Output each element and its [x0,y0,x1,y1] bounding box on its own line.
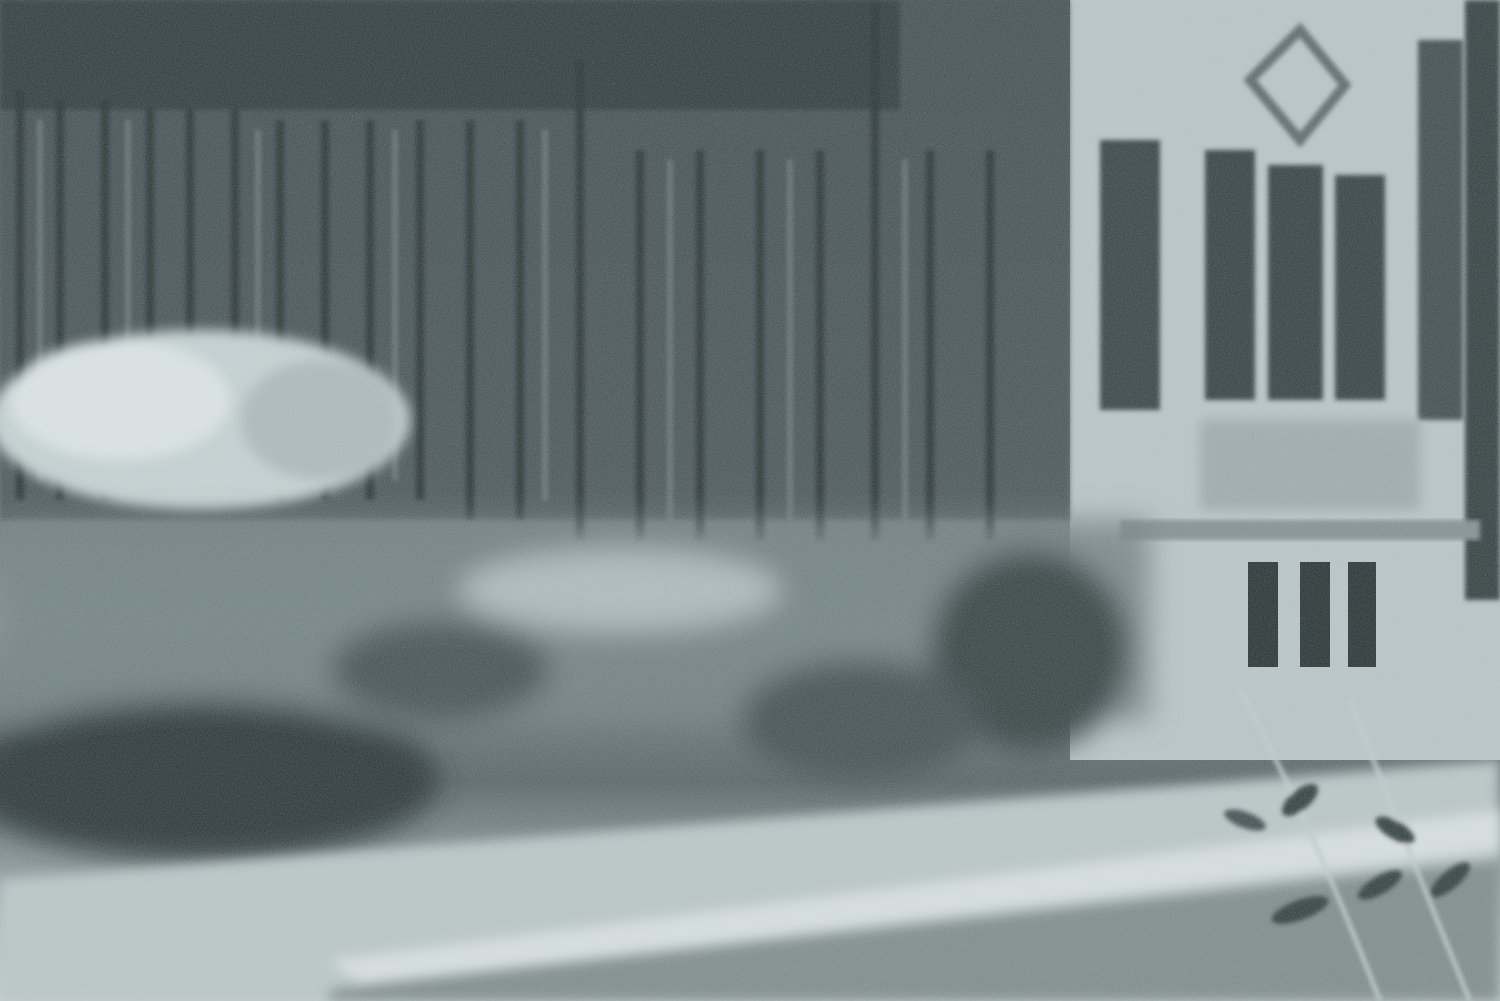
photograph [0,0,1500,1001]
film-grain [0,0,1500,1001]
photo-scene [0,0,1500,1001]
